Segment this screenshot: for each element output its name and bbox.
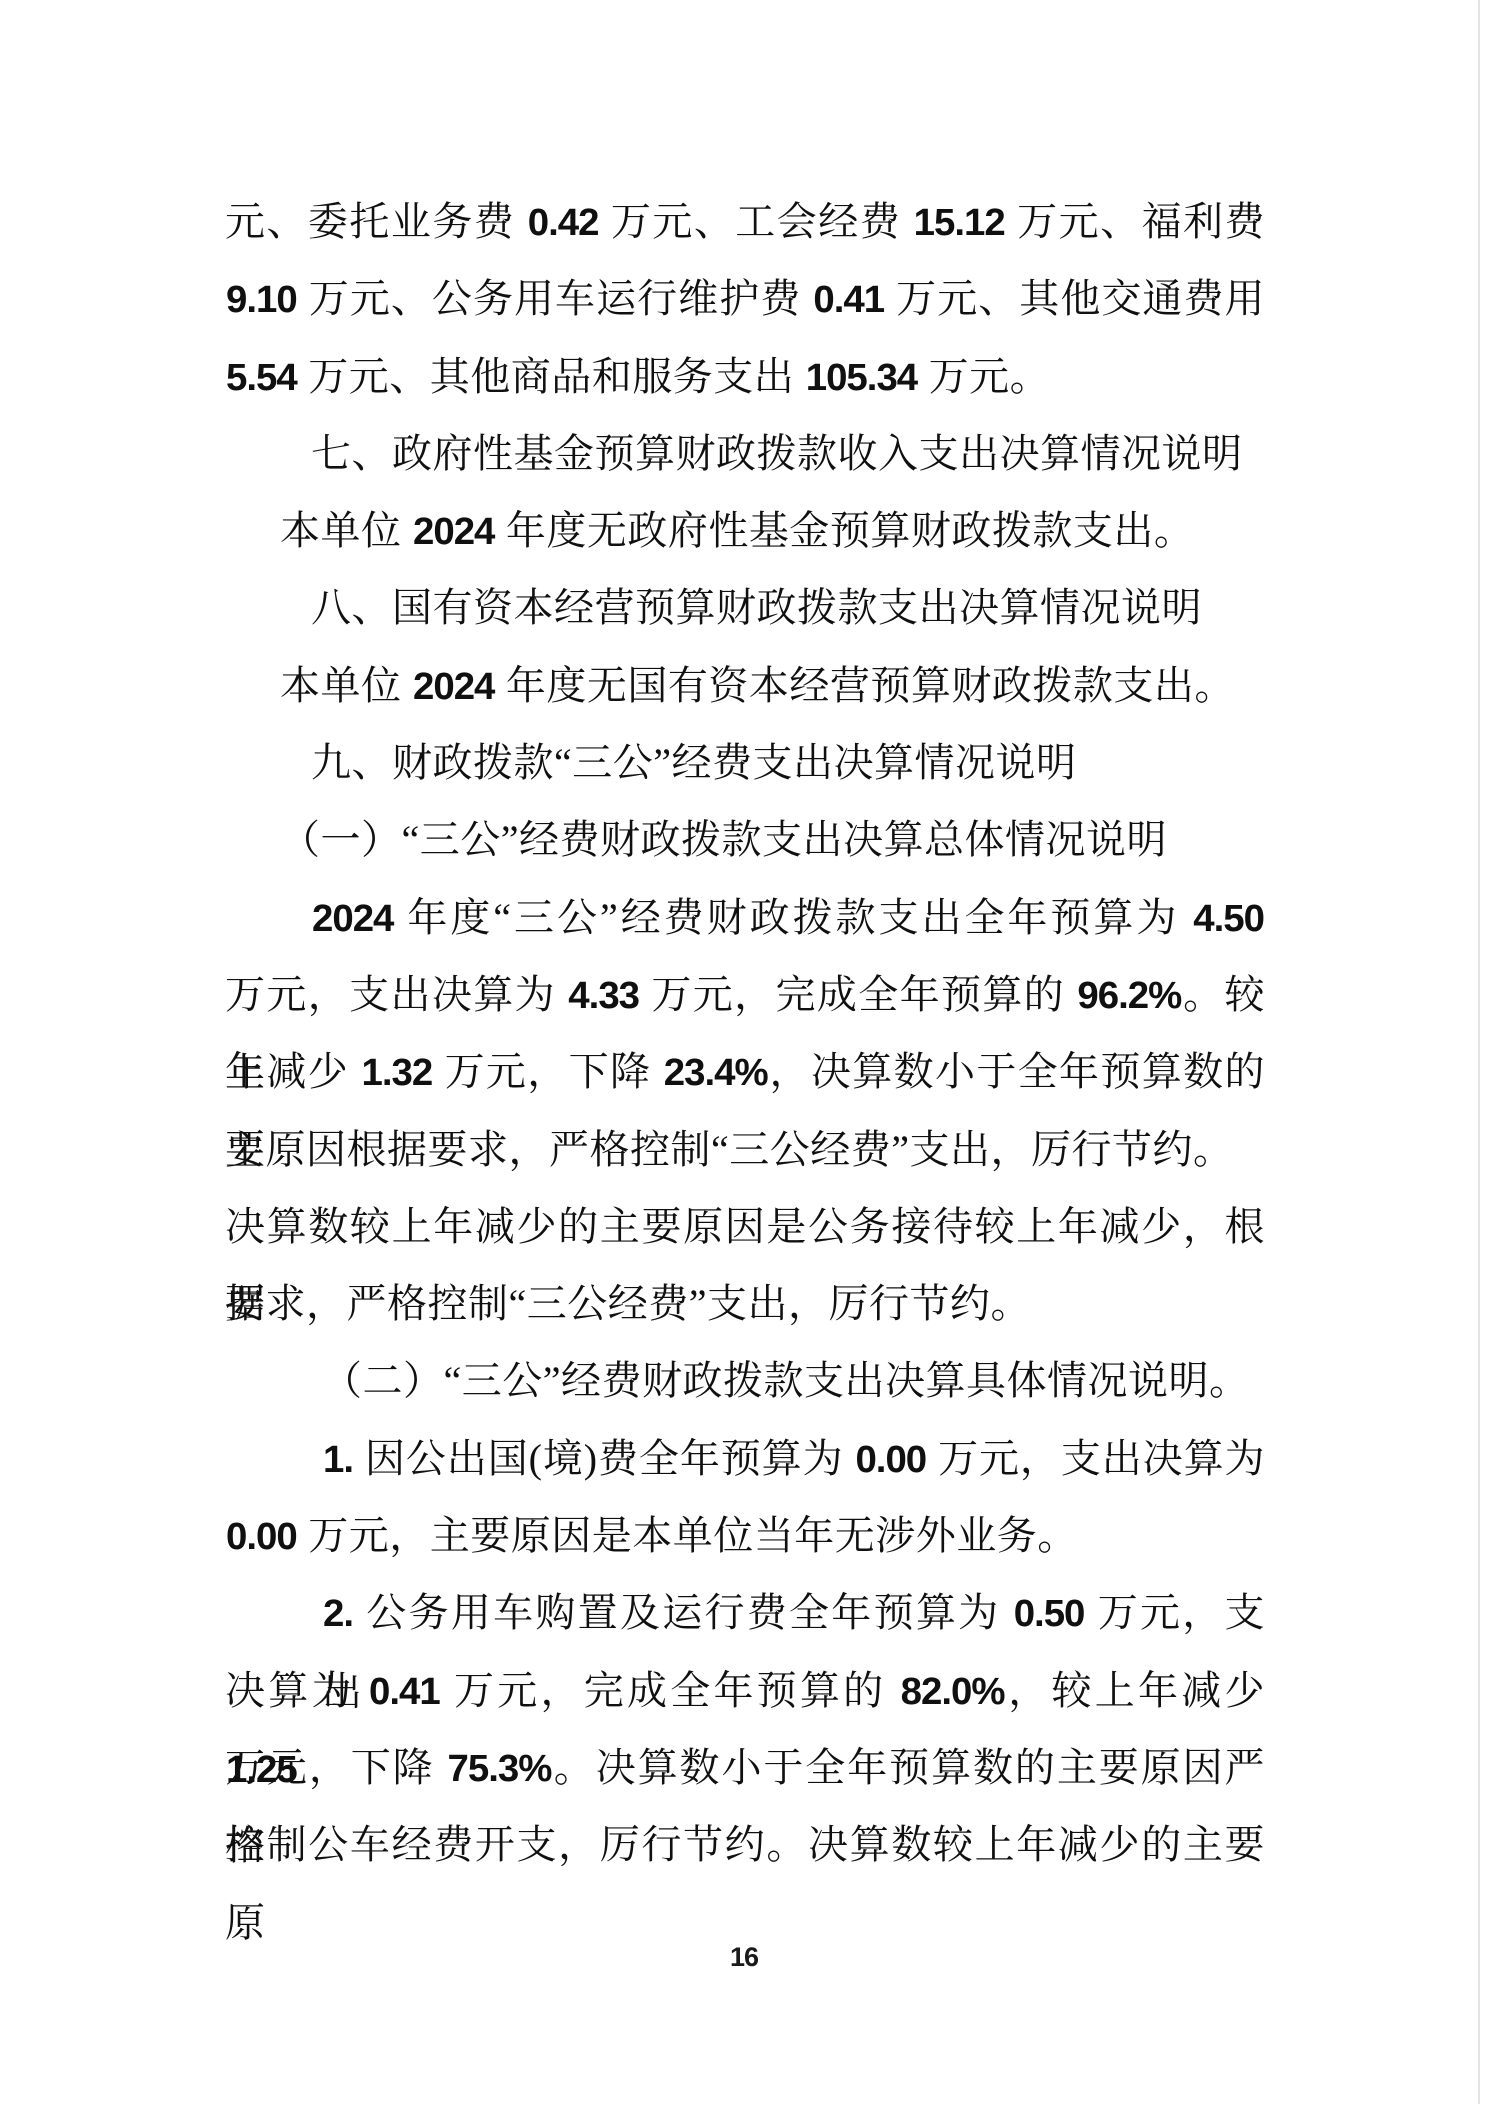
text-line: 控制公车经费开支，厉行节约。决算数较上年减少的主要原 (225, 1806, 1265, 1883)
subsection-heading: （二）“三公”经费财政拨款支出决算具体情况说明。 (225, 1342, 1265, 1419)
page-number: 16 (0, 1942, 1488, 1973)
text-line: 0.00 万元，主要原因是本单位当年无涉外业务。 (225, 1497, 1265, 1574)
text-line: 9.10 万元、公务用车运行维护费 0.41 万元、其他交通费用 (225, 260, 1265, 337)
document-page: 元、委托业务费 0.42 万元、工会经费 15.12 万元、福利费 9.10 万… (0, 0, 1488, 2104)
text-line: 5.54 万元、其他商品和服务支出 105.34 万元。 (225, 338, 1265, 415)
text-line: 元、委托业务费 0.42 万元、工会经费 15.12 万元、福利费 (225, 183, 1265, 260)
text-line: 万元，支出决算为 4.33 万元，完成全年预算的 96.2%。较上 (225, 956, 1265, 1033)
text-line: 年减少 1.32 万元，下降 23.4%，决算数小于全年预算数的主 (225, 1033, 1265, 1110)
text-line: 本单位 2024 年度无政府性基金预算财政拨款支出。 (225, 492, 1265, 569)
text-line: 要求，严格控制“三公经费”支出，厉行节约。 (225, 1265, 1265, 1342)
document-body: 元、委托业务费 0.42 万元、工会经费 15.12 万元、福利费 9.10 万… (225, 183, 1265, 1884)
scan-edge-line (1478, 0, 1480, 2104)
section-heading: 八、国有资本经营预算财政拨款支出决算情况说明 (225, 569, 1265, 646)
subsection-heading: （一）“三公”经费财政拨款支出决算总体情况说明 (225, 801, 1265, 878)
text-line: 决算数较上年减少的主要原因是公务接待较上年减少，根据 (225, 1188, 1265, 1265)
text-line: 本单位 2024 年度无国有资本经营预算财政拨款支出。 (225, 647, 1265, 724)
text-line: 1. 因公出国(境)费全年预算为 0.00 万元，支出决算为 (225, 1420, 1265, 1497)
section-heading: 七、政府性基金预算财政拨款收入支出决算情况说明 (225, 415, 1265, 492)
text-line: 万元，下降 75.3%。决算数小于全年预算数的主要原因严格 (225, 1729, 1265, 1806)
text-line: 2. 公务用车购置及运行费全年预算为 0.50 万元，支出 (225, 1574, 1265, 1651)
text-line: 2024 年度“三公”经费财政拨款支出全年预算为 4.50 (225, 879, 1265, 956)
text-line: 要原因根据要求，严格控制“三公经费”支出，厉行节约。 (225, 1111, 1265, 1188)
section-heading: 九、财政拨款“三公”经费支出决算情况说明 (225, 724, 1265, 801)
text-line: 决算为 0.41 万元，完成全年预算的 82.0%，较上年减少 1.25 (225, 1652, 1265, 1729)
